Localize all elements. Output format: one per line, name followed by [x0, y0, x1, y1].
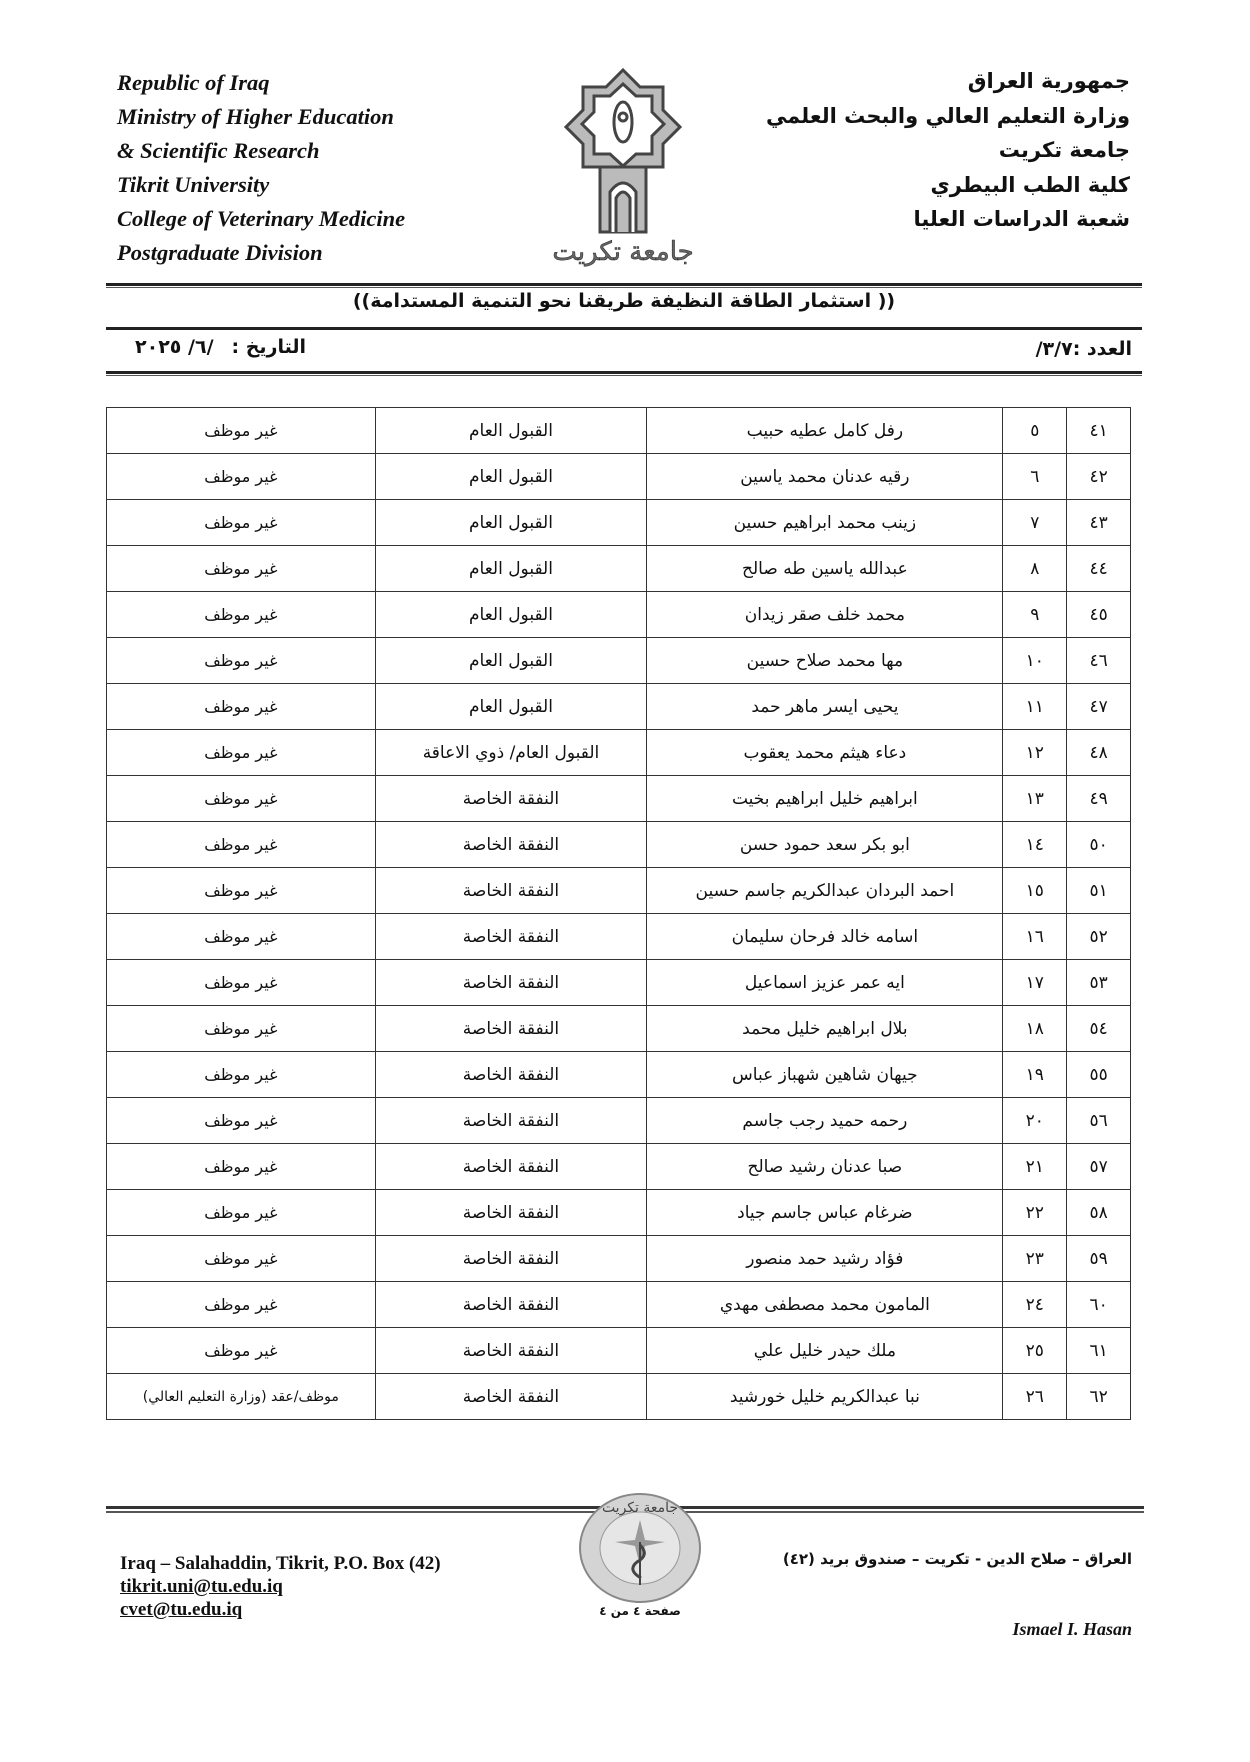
cell-name: فؤاد رشيد حمد منصور: [647, 1236, 1003, 1282]
cell-index: ١١: [1003, 684, 1067, 730]
cell-admission-type: النفقة الخاصة: [375, 1052, 647, 1098]
table-row: ٤٣٧زينب محمد ابراهيم حسينالقبول العامغير…: [107, 500, 1131, 546]
cell-name: رحمه حميد رجب جاسم: [647, 1098, 1003, 1144]
table-row: ٥٨٢٢ضرغام عباس جاسم جيادالنفقة الخاصةغير…: [107, 1190, 1131, 1236]
cell-employment-status: غير موظف: [107, 914, 376, 960]
cell-employment-status: غير موظف: [107, 776, 376, 822]
cell-employment-status: غير موظف: [107, 960, 376, 1006]
cell-index: ٦: [1003, 454, 1067, 500]
cell-employment-status: غير موظف: [107, 1098, 376, 1144]
cell-name: ملك حيدر خليل علي: [647, 1328, 1003, 1374]
cell-sequence: ٥٥: [1067, 1052, 1131, 1098]
header-ar-line: شعبة الدراسات العليا: [766, 202, 1130, 237]
cell-employment-status: غير موظف: [107, 1282, 376, 1328]
cell-admission-type: النفقة الخاصة: [375, 960, 647, 1006]
cell-admission-type: النفقة الخاصة: [375, 1236, 647, 1282]
college-seal-icon: جامعة تكريت: [575, 1490, 705, 1610]
table-row: ٥٤١٨بلال ابراهيم خليل محمدالنفقة الخاصةغ…: [107, 1006, 1131, 1052]
cell-admission-type: النفقة الخاصة: [375, 1282, 647, 1328]
cell-sequence: ٤٩: [1067, 776, 1131, 822]
cell-index: ٢٢: [1003, 1190, 1067, 1236]
cell-sequence: ٦٢: [1067, 1374, 1131, 1420]
cell-sequence: ٥٢: [1067, 914, 1131, 960]
cell-admission-type: النفقة الخاصة: [375, 822, 647, 868]
cell-name: زينب محمد ابراهيم حسين: [647, 500, 1003, 546]
header-en-line: Republic of Iraq: [117, 66, 405, 100]
cell-name: دعاء هيثم محمد يعقوب: [647, 730, 1003, 776]
table-row: ٥٦٢٠رحمه حميد رجب جاسمالنفقة الخاصةغير م…: [107, 1098, 1131, 1144]
students-table-body: ٤١٥رفل كامل عطيه حبيبالقبول العامغير موظ…: [107, 408, 1131, 1420]
cell-employment-status: غير موظف: [107, 1144, 376, 1190]
cell-name: ابو بكر سعد حمود حسن: [647, 822, 1003, 868]
cell-index: ٩: [1003, 592, 1067, 638]
cell-sequence: ٥١: [1067, 868, 1131, 914]
table-row: ٦١٢٥ملك حيدر خليل عليالنفقة الخاصةغير مو…: [107, 1328, 1131, 1374]
cell-admission-type: النفقة الخاصة: [375, 1328, 647, 1374]
reference-date: التاريخ :/٦/ ٢٠٢٥: [135, 336, 306, 358]
cell-sequence: ٤٦: [1067, 638, 1131, 684]
students-table: ٤١٥رفل كامل عطيه حبيبالقبول العامغير موظ…: [106, 407, 1131, 1420]
cell-index: ٢٥: [1003, 1328, 1067, 1374]
cell-employment-status: غير موظف: [107, 822, 376, 868]
cell-name: جيهان شاهين شهباز عباس: [647, 1052, 1003, 1098]
email-link-university[interactable]: tikrit.uni@tu.edu.iq: [120, 1575, 441, 1598]
cell-index: ٧: [1003, 500, 1067, 546]
cell-admission-type: القبول العام: [375, 408, 647, 454]
cell-sequence: ٥٩: [1067, 1236, 1131, 1282]
cell-index: ١٣: [1003, 776, 1067, 822]
cell-name: احمد البردان عبدالكريم جاسم حسين: [647, 868, 1003, 914]
cell-sequence: ٤١: [1067, 408, 1131, 454]
cell-admission-type: القبول العام: [375, 500, 647, 546]
cell-admission-type: القبول العام/ ذوي الاعاقة: [375, 730, 647, 776]
cell-name: ضرغام عباس جاسم جياد: [647, 1190, 1003, 1236]
cell-admission-type: القبول العام: [375, 638, 647, 684]
svg-text:جامعة تكريت: جامعة تكريت: [552, 237, 693, 267]
table-row: ٤٧١١يحيى ايسر ماهر حمدالقبول العامغير مو…: [107, 684, 1131, 730]
cell-index: ١٩: [1003, 1052, 1067, 1098]
cell-employment-status: غير موظف: [107, 1328, 376, 1374]
cell-sequence: ٥٤: [1067, 1006, 1131, 1052]
header-en-line: Tikrit University: [117, 168, 405, 202]
table-row: ٥٢١٦اسامه خالد فرحان سليمانالنفقة الخاصة…: [107, 914, 1131, 960]
table-row: ٦٠٢٤المامون محمد مصطفى مهديالنفقة الخاصة…: [107, 1282, 1131, 1328]
cell-index: ١٠: [1003, 638, 1067, 684]
address-en: Iraq – Salahaddin, Tikrit, P.O. Box (42): [120, 1552, 441, 1575]
cell-index: ١٥: [1003, 868, 1067, 914]
table-row: ٥٧٢١صبا عدنان رشيد صالحالنفقة الخاصةغير …: [107, 1144, 1131, 1190]
cell-employment-status: غير موظف: [107, 1006, 376, 1052]
cell-index: ٥: [1003, 408, 1067, 454]
cell-index: ٢١: [1003, 1144, 1067, 1190]
cell-employment-status: غير موظف: [107, 868, 376, 914]
cell-index: ١٤: [1003, 822, 1067, 868]
cell-index: ١٦: [1003, 914, 1067, 960]
cell-sequence: ٥٣: [1067, 960, 1131, 1006]
tikrit-university-logo-icon: جامعة تكريت: [548, 62, 698, 267]
table-row: ٤١٥رفل كامل عطيه حبيبالقبول العامغير موظ…: [107, 408, 1131, 454]
cell-index: ١٧: [1003, 960, 1067, 1006]
cell-sequence: ٥٠: [1067, 822, 1131, 868]
header-ar-line: كلية الطب البيطري: [766, 168, 1130, 203]
cell-employment-status: غير موظف: [107, 408, 376, 454]
cell-sequence: ٤٣: [1067, 500, 1131, 546]
cell-index: ١٨: [1003, 1006, 1067, 1052]
table-row: ٤٦١٠مها محمد صلاح حسينالقبول العامغير مو…: [107, 638, 1131, 684]
footer-english: Iraq – Salahaddin, Tikrit, P.O. Box (42)…: [120, 1552, 441, 1621]
cell-name: مها محمد صلاح حسين: [647, 638, 1003, 684]
svg-text:جامعة تكريت: جامعة تكريت: [602, 1500, 678, 1516]
table-row: ٥٠١٤ابو بكر سعد حمود حسنالنفقة الخاصةغير…: [107, 822, 1131, 868]
table-row: ٥٩٢٣فؤاد رشيد حمد منصورالنفقة الخاصةغير …: [107, 1236, 1131, 1282]
cell-index: ٢٣: [1003, 1236, 1067, 1282]
cell-employment-status: غير موظف: [107, 592, 376, 638]
header-en-line: Postgraduate Division: [117, 236, 405, 270]
cell-employment-status: غير موظف: [107, 1190, 376, 1236]
reference-divider-thin: [106, 375, 1142, 376]
header-divider-thin: [106, 287, 1142, 288]
cell-index: ١٢: [1003, 730, 1067, 776]
table-row: ٤٨١٢دعاء هيثم محمد يعقوبالقبول العام/ ذو…: [107, 730, 1131, 776]
cell-index: ٢٦: [1003, 1374, 1067, 1420]
cell-employment-status: غير موظف: [107, 1236, 376, 1282]
cell-index: ٢٤: [1003, 1282, 1067, 1328]
table-row: ٥٣١٧ايه عمر عزيز اسماعيلالنفقة الخاصةغير…: [107, 960, 1131, 1006]
cell-employment-status: غير موظف: [107, 730, 376, 776]
cell-name: ايه عمر عزيز اسماعيل: [647, 960, 1003, 1006]
cell-admission-type: القبول العام: [375, 592, 647, 638]
cell-sequence: ٤٢: [1067, 454, 1131, 500]
cell-admission-type: القبول العام: [375, 454, 647, 500]
email-link-college[interactable]: cvet@tu.edu.iq: [120, 1598, 441, 1621]
cell-employment-status: غير موظف: [107, 1052, 376, 1098]
cell-admission-type: النفقة الخاصة: [375, 868, 647, 914]
cell-employment-status: غير موظف: [107, 454, 376, 500]
cell-sequence: ٥٧: [1067, 1144, 1131, 1190]
cell-name: عبدالله ياسين طه صالح: [647, 546, 1003, 592]
cell-sequence: ٦٠: [1067, 1282, 1131, 1328]
cell-sequence: ٦١: [1067, 1328, 1131, 1374]
reference-divider: [106, 371, 1142, 374]
cell-admission-type: النفقة الخاصة: [375, 1144, 647, 1190]
cell-index: ٨: [1003, 546, 1067, 592]
header-en-line: & Scientific Research: [117, 134, 405, 168]
table-row: ٤٩١٣ابراهيم خليل ابراهيم بخيتالنفقة الخا…: [107, 776, 1131, 822]
cell-name: يحيى ايسر ماهر حمد: [647, 684, 1003, 730]
cell-employment-status: غير موظف: [107, 638, 376, 684]
page-number: صفحة ٤ من ٤: [560, 1604, 720, 1618]
slogan: (( استثمار الطاقة النظيفة طريقنا نحو الت…: [106, 290, 1142, 312]
date-value: /٦/ ٢٠٢٥: [135, 336, 214, 358]
cell-sequence: ٤٤: [1067, 546, 1131, 592]
header-english: Republic of Iraq Ministry of Higher Educ…: [117, 66, 405, 270]
header-divider: [106, 283, 1142, 286]
cell-admission-type: النفقة الخاصة: [375, 1374, 647, 1420]
cell-name: محمد خلف صقر زيدان: [647, 592, 1003, 638]
cell-admission-type: النفقة الخاصة: [375, 914, 647, 960]
cell-name: رقيه عدنان محمد ياسين: [647, 454, 1003, 500]
table-row: ٥٥١٩جيهان شاهين شهباز عباسالنفقة الخاصةغ…: [107, 1052, 1131, 1098]
cell-admission-type: النفقة الخاصة: [375, 1190, 647, 1236]
header-en-line: College of Veterinary Medicine: [117, 202, 405, 236]
cell-admission-type: النفقة الخاصة: [375, 776, 647, 822]
table-row: ٤٢٦رقيه عدنان محمد ياسينالقبول العامغير …: [107, 454, 1131, 500]
table-row: ٤٤٨عبدالله ياسين طه صالحالقبول العامغير …: [107, 546, 1131, 592]
cell-sequence: ٤٧: [1067, 684, 1131, 730]
header-arabic: جمهورية العراق وزارة التعليم العالي والب…: [766, 64, 1130, 237]
cell-sequence: ٤٨: [1067, 730, 1131, 776]
header-ar-line: وزارة التعليم العالي والبحث العلمي: [766, 99, 1130, 134]
signature: Ismael I. Hasan: [1012, 1619, 1132, 1640]
cell-employment-status: موظف/عقد (وزارة التعليم العالي): [107, 1374, 376, 1420]
header-en-line: Ministry of Higher Education: [117, 100, 405, 134]
cell-name: صبا عدنان رشيد صالح: [647, 1144, 1003, 1190]
cell-employment-status: غير موظف: [107, 684, 376, 730]
reference-number: العدد :٣/٧/: [1036, 338, 1132, 360]
cell-name: المامون محمد مصطفى مهدي: [647, 1282, 1003, 1328]
cell-name: بلال ابراهيم خليل محمد: [647, 1006, 1003, 1052]
cell-employment-status: غير موظف: [107, 500, 376, 546]
cell-admission-type: النفقة الخاصة: [375, 1006, 647, 1052]
cell-employment-status: غير موظف: [107, 546, 376, 592]
cell-sequence: ٥٨: [1067, 1190, 1131, 1236]
date-label: التاريخ :: [232, 336, 307, 358]
cell-admission-type: النفقة الخاصة: [375, 1098, 647, 1144]
table-row: ٤٥٩محمد خلف صقر زيدانالقبول العامغير موظ…: [107, 592, 1131, 638]
header-ar-line: جامعة تكريت: [766, 133, 1130, 168]
header-ar-line: جمهورية العراق: [766, 64, 1130, 99]
cell-sequence: ٤٥: [1067, 592, 1131, 638]
cell-name: اسامه خالد فرحان سليمان: [647, 914, 1003, 960]
cell-name: رفل كامل عطيه حبيب: [647, 408, 1003, 454]
table-row: ٦٢٢٦نبا عبدالكريم خليل خورشيدالنفقة الخا…: [107, 1374, 1131, 1420]
slogan-divider: [106, 327, 1142, 330]
cell-admission-type: القبول العام: [375, 684, 647, 730]
cell-admission-type: القبول العام: [375, 546, 647, 592]
cell-index: ٢٠: [1003, 1098, 1067, 1144]
address-ar: العراق – صلاح الدين - تكريت – صندوق بريد…: [783, 1550, 1132, 1568]
cell-name: نبا عبدالكريم خليل خورشيد: [647, 1374, 1003, 1420]
cell-sequence: ٥٦: [1067, 1098, 1131, 1144]
table-row: ٥١١٥احمد البردان عبدالكريم جاسم حسينالنف…: [107, 868, 1131, 914]
cell-name: ابراهيم خليل ابراهيم بخيت: [647, 776, 1003, 822]
